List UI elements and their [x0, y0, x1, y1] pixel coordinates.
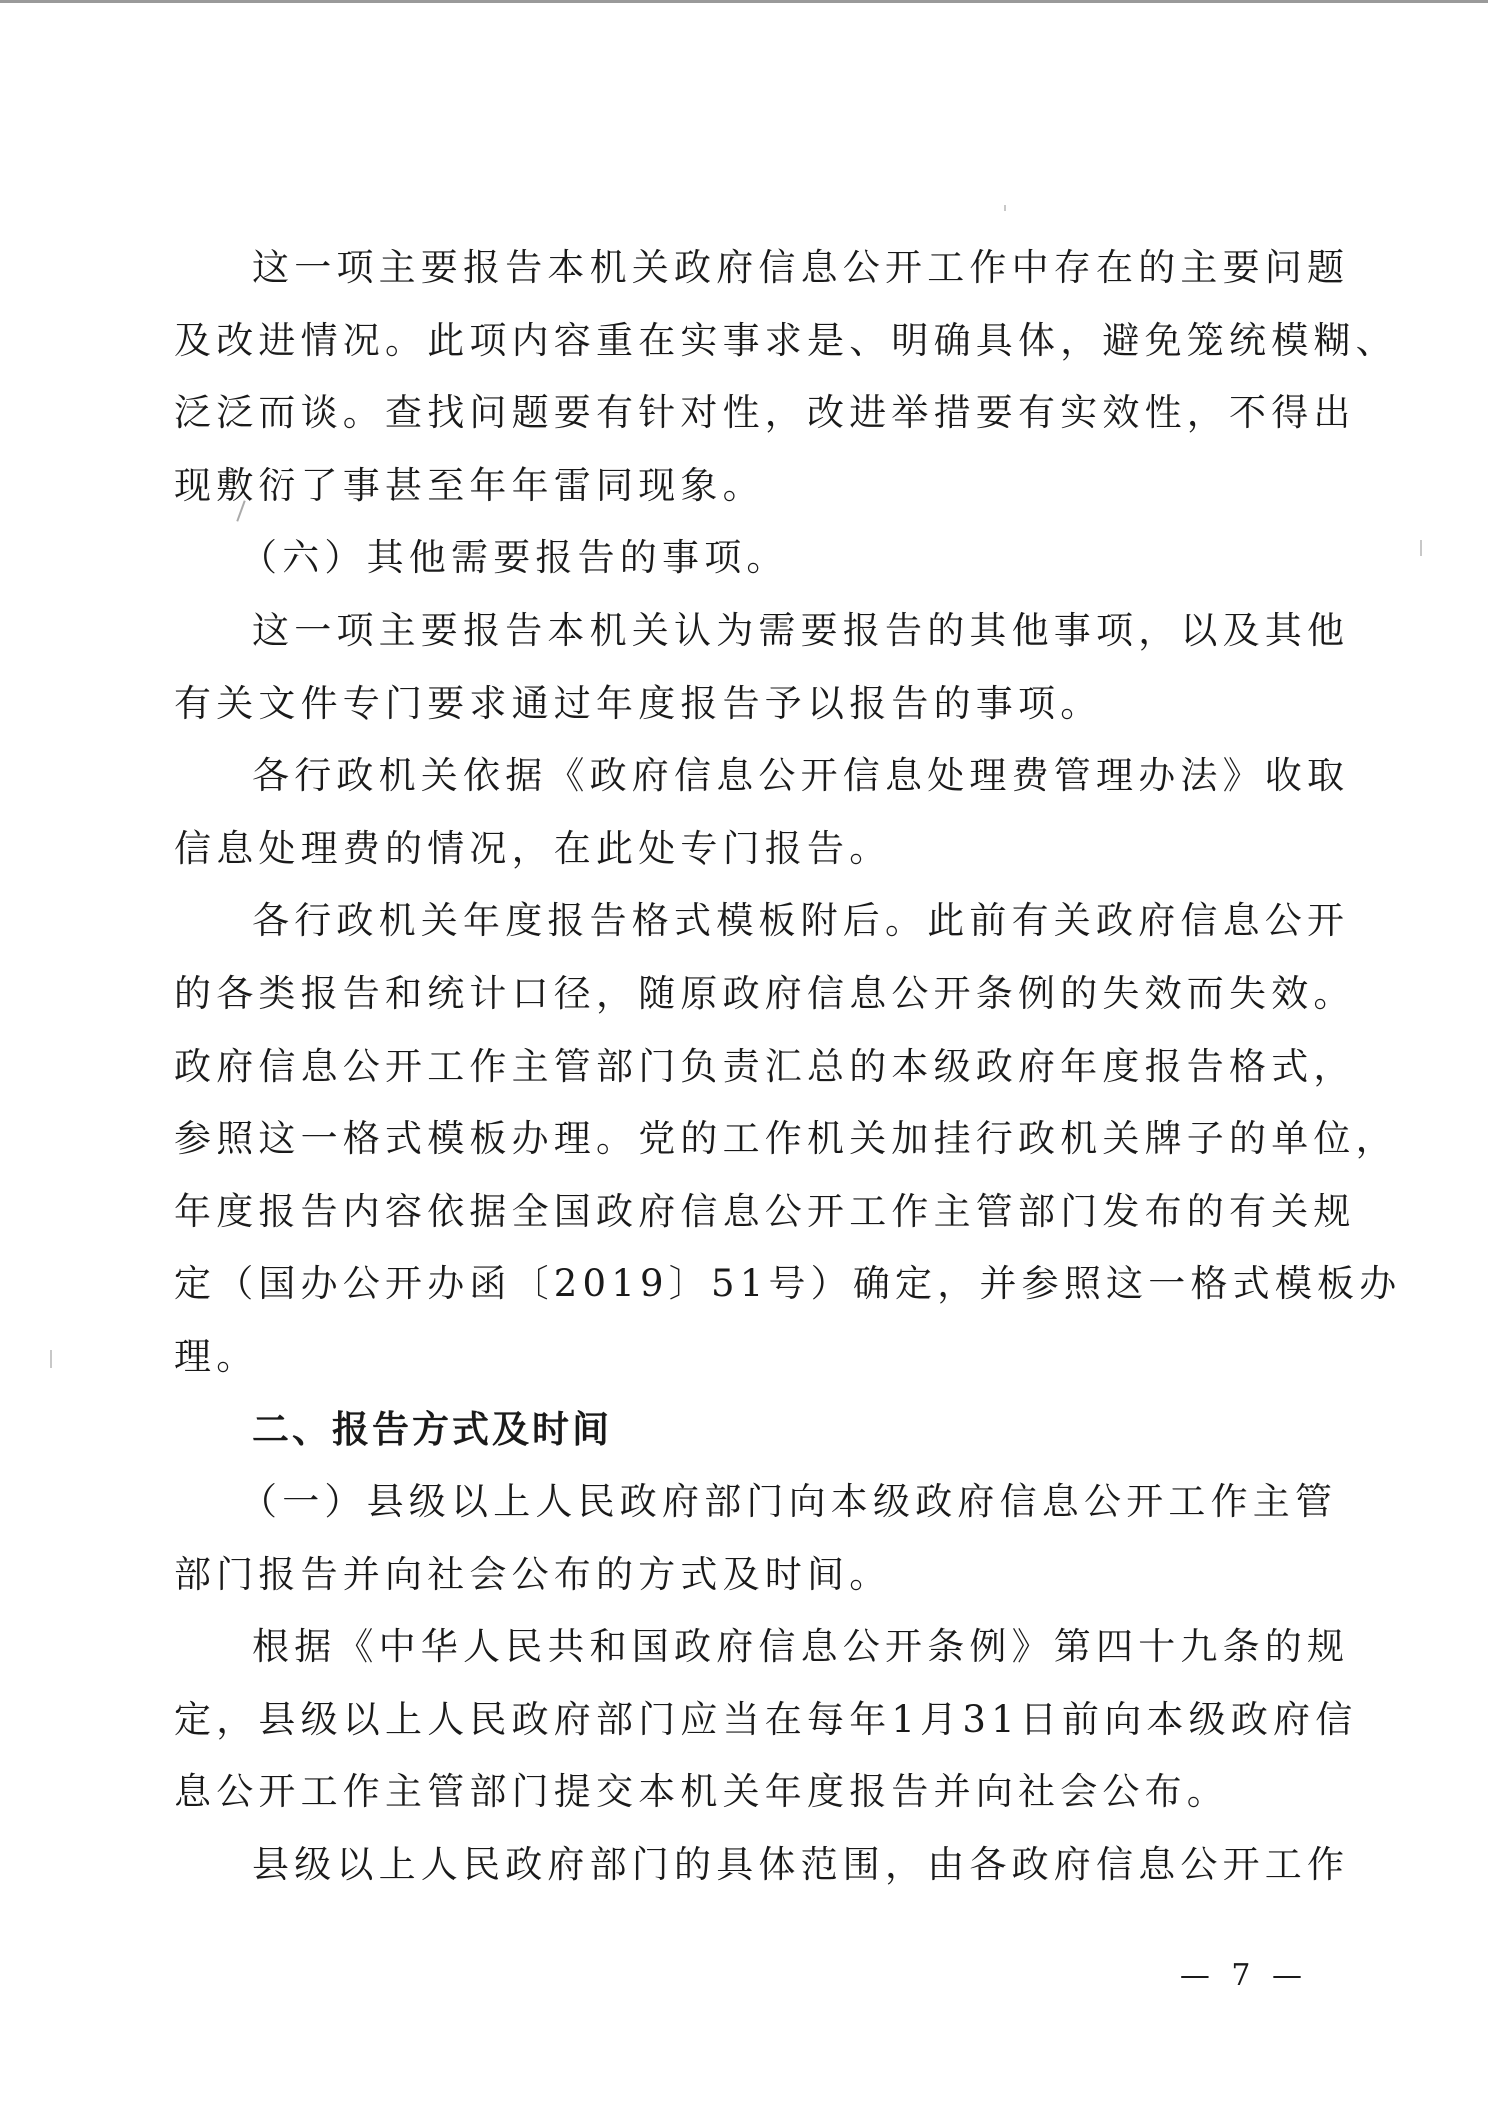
scan-artifact	[1004, 205, 1006, 211]
page-number: — 7 —	[1180, 1958, 1308, 1993]
paragraph-line: 这一项主要报告本机关政府信息公开工作中存在的主要问题	[252, 232, 1312, 305]
scan-top-edge	[0, 0, 1488, 3]
section-subheading: （一）县级以上人民政府部门向本级政府信息公开工作主管	[240, 1466, 1312, 1539]
paragraph-line: 息公开工作主管部门提交本机关年度报告并向社会公布。	[174, 1756, 1312, 1829]
paragraph-line: 定，县级以上人民政府部门应当在每年1月31日前向本级政府信	[174, 1684, 1312, 1757]
paragraph-line: 各行政机关年度报告格式模板附后。此前有关政府信息公开	[252, 885, 1312, 958]
paragraph-line: 年度报告内容依据全国政府信息公开工作主管部门发布的有关规	[174, 1176, 1312, 1249]
paragraph-line: 参照这一格式模板办理。党的工作机关加挂行政机关牌子的单位，	[174, 1103, 1312, 1176]
paragraph-line: 泛泛而谈。查找问题要有针对性，改进举措要有实效性，不得出	[174, 377, 1312, 450]
paragraph-line: 有关文件专门要求通过年度报告予以报告的事项。	[174, 668, 1312, 741]
paragraph-line: 县级以上人民政府部门的具体范围，由各政府信息公开工作	[252, 1829, 1312, 1902]
section-heading: 二、报告方式及时间	[252, 1394, 1312, 1467]
paragraph-line: 政府信息公开工作主管部门负责汇总的本级政府年度报告格式，	[174, 1031, 1312, 1104]
paragraph-line: 及改进情况。此项内容重在实事求是、明确具体，避免笼统模糊、	[174, 305, 1312, 378]
section-subheading: （六）其他需要报告的事项。	[240, 522, 1312, 595]
paragraph-line: 现敷衍了事甚至年年雷同现象。	[174, 450, 1312, 523]
document-page: 这一项主要报告本机关政府信息公开工作中存在的主要问题 及改进情况。此项内容重在实…	[252, 232, 1312, 1902]
paragraph-line: 理。	[174, 1321, 1312, 1394]
paragraph-line: 定（国办公开办函〔2019〕51号）确定，并参照这一格式模板办	[174, 1248, 1312, 1321]
paragraph-line: 各行政机关依据《政府信息公开信息处理费管理办法》收取	[252, 740, 1312, 813]
paragraph-line: 信息处理费的情况，在此处专门报告。	[174, 813, 1312, 886]
paragraph-line: 根据《中华人民共和国政府信息公开条例》第四十九条的规	[252, 1611, 1312, 1684]
paragraph-line: 这一项主要报告本机关认为需要报告的其他事项，以及其他	[252, 595, 1312, 668]
scan-artifact	[1420, 540, 1422, 556]
paragraph-line: 部门报告并向社会公布的方式及时间。	[174, 1539, 1312, 1612]
paragraph-line: 的各类报告和统计口径，随原政府信息公开条例的失效而失效。	[174, 958, 1312, 1031]
scan-artifact	[50, 1350, 52, 1368]
